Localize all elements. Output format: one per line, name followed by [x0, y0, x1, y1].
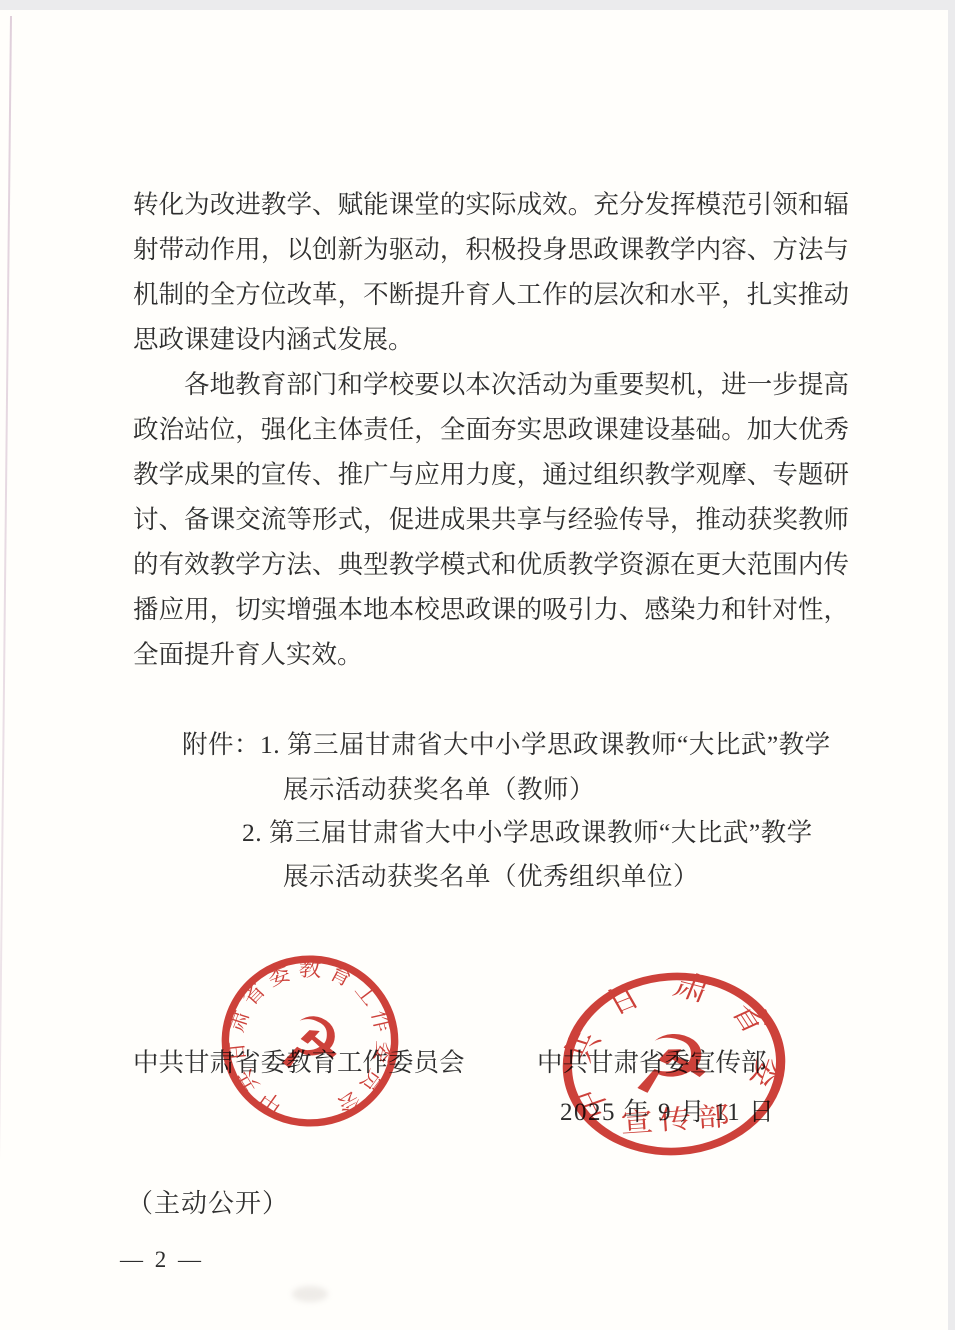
body-line: 政治站位，强化主体责任，全面夯实思政课建设基础。加大优秀 [133, 407, 849, 452]
body-line: 的有效教学方法、典型教学模式和优质教学资源在更大范围内传 [133, 542, 849, 587]
page-number: — 2 — [120, 1247, 204, 1273]
attachment-line: 展示活动获奖名单（优秀组织单位） [283, 855, 699, 899]
attachment-line: 2. 第三届甘肃省大中小学思政课教师“大比武”教学 [242, 811, 813, 855]
body-line: 转化为改进教学、赋能课堂的实际成效。充分发挥模范引领和辐 [133, 182, 849, 227]
body-line: 讨、备课交流等形式，促进成果共享与经验传导，推动获奖教师 [133, 497, 849, 542]
body-line: 思政课建设内涵式发展。 [133, 317, 849, 362]
hammer-sickle-icon: ☭ [275, 1002, 345, 1088]
seal-right-propaganda-department: 中共甘肃省委 宣传部 ☭ [552, 961, 797, 1167]
scan-edge-right [948, 0, 955, 1330]
attachment-line: 展示活动获奖名单（教师） [283, 768, 595, 812]
seal-left-education-committee: 中共甘肃省委教育工作委员会 ☭ [214, 948, 406, 1134]
document-body: 转化为改进教学、赋能课堂的实际成效。充分发挥模范引领和辐 射带动作用，以创新为驱… [133, 182, 849, 677]
scan-fold-line [0, 16, 12, 1330]
body-line: 机制的全方位改革，不断提升育人工作的层次和水平，扎实推动 [133, 272, 849, 317]
disclosure-note: （主动公开） [127, 1183, 289, 1220]
hammer-sickle-icon: ☭ [625, 1016, 716, 1113]
body-line: 教学成果的宣传、推广与应用力度，通过组织教学观摩、专题研 [133, 452, 849, 497]
body-line: 各地教育部门和学校要以本次活动为重要契机，进一步提高 [133, 362, 849, 407]
body-line: 射带动作用，以创新为驱动，积极投身思政课教学内容、方法与 [133, 227, 849, 272]
body-line: 全面提升育人实效。 [133, 632, 849, 677]
scan-edge-top [0, 0, 955, 10]
body-line: 播应用，切实增强本地本校思政课的吸引力、感染力和针对性， [133, 587, 849, 632]
scan-smudge [292, 1286, 328, 1302]
attachment-line: 附件：1. 第三届甘肃省大中小学思政课教师“大比武”教学 [182, 723, 831, 767]
